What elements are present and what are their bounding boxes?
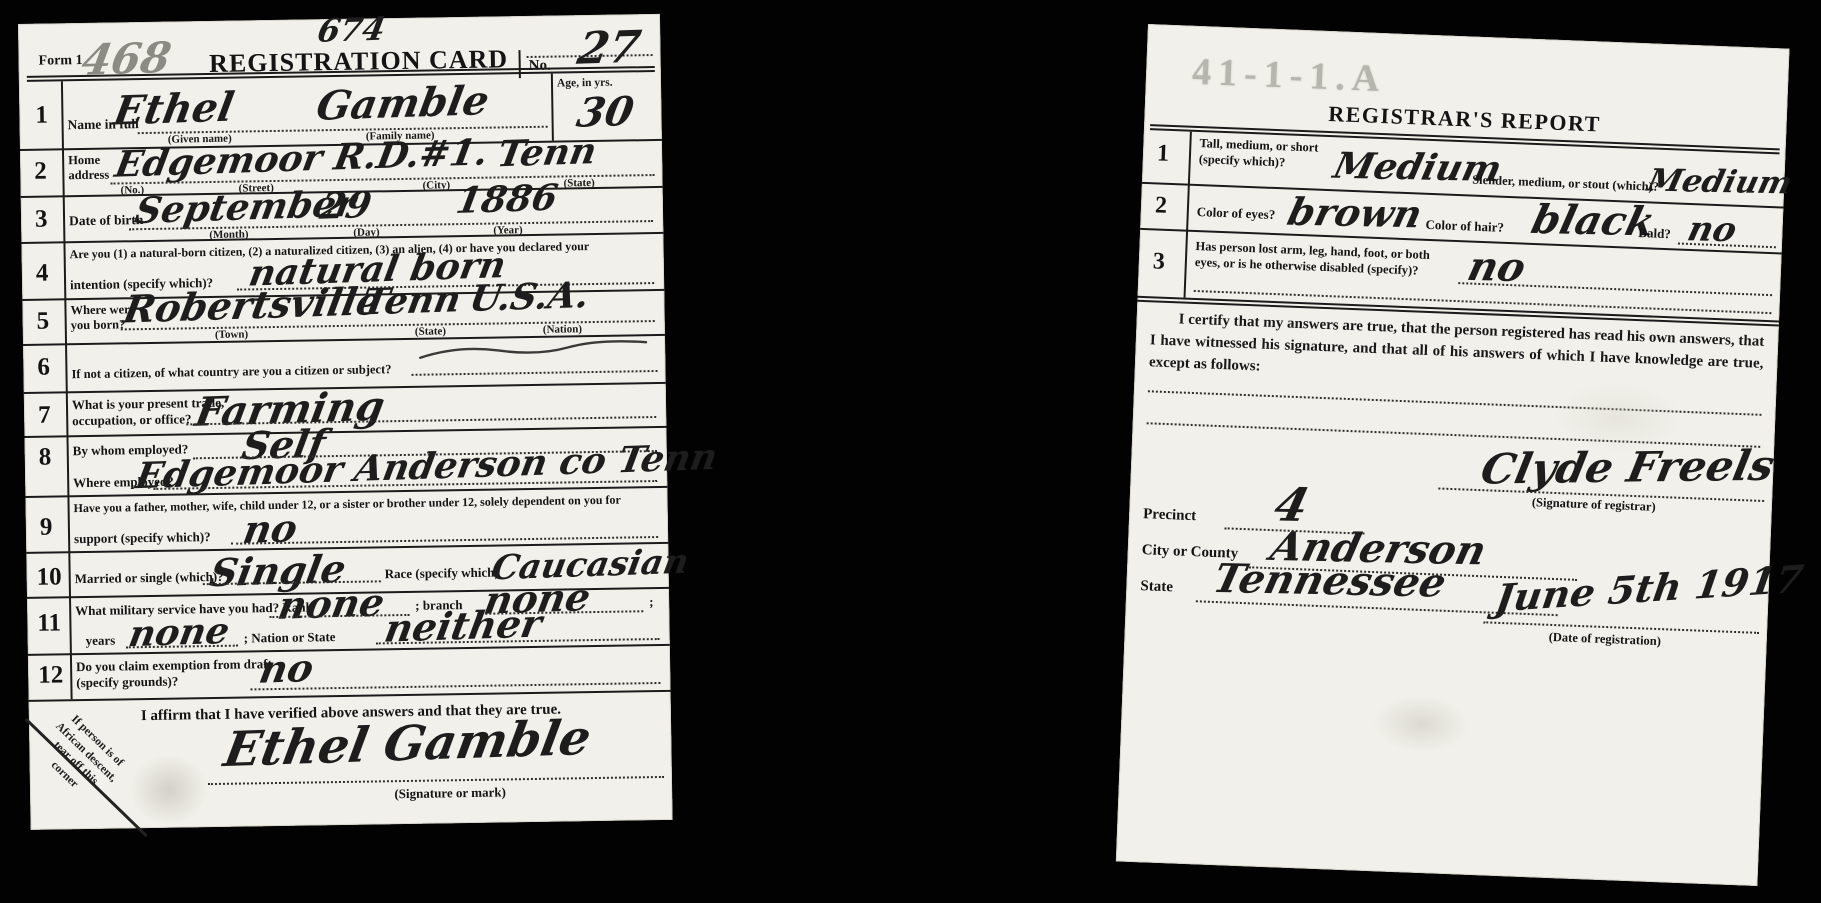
born-nation-value: U.S.A.: [466, 274, 592, 320]
report-row1-number: 1: [1157, 140, 1170, 167]
row5-number: 5: [36, 308, 49, 336]
born-state-sublabel: (State): [415, 325, 446, 337]
birth-day-value: 29: [317, 184, 375, 228]
report-number-column-divider: [1184, 132, 1192, 298]
eyes-label: Color of eyes?: [1197, 204, 1276, 223]
state-value: Tennessee: [1209, 555, 1451, 606]
address-state-sublabel: (State): [563, 177, 594, 189]
height-label: Tall, medium, or short (specify which)?: [1199, 136, 1350, 173]
address-city-sublabel: (City): [422, 179, 450, 191]
military-nation-label: ; Nation or State: [244, 629, 336, 646]
born-state-value: Tenn: [358, 278, 464, 323]
row-divider: [28, 644, 670, 656]
report-row2-number: 2: [1155, 192, 1168, 219]
registrar-signature-sublabel: (Signature of registrar): [1532, 495, 1656, 515]
registration-date-value: June 5th 1917: [1492, 556, 1806, 620]
paper-smudge: [1372, 693, 1470, 755]
bald-label: Bald?: [1638, 225, 1671, 242]
row4-number: 4: [36, 260, 49, 288]
born-town-sublabel: (Town): [215, 328, 248, 341]
birth-day-sublabel: (Day): [353, 226, 379, 238]
born-town-value: Robertsville: [120, 278, 385, 332]
row8-number: 8: [39, 444, 52, 472]
row2-number: 2: [34, 158, 47, 186]
build-answer: Medium: [1644, 163, 1796, 202]
dependents-answer: no: [240, 505, 301, 552]
military-years-answer: none: [126, 610, 233, 655]
registrars-report-card: 41-1-1.A REGISTRAR'S REPORT 1 Tall, medi…: [1116, 24, 1790, 886]
birth-month-sublabel: (Month): [209, 228, 248, 241]
birth-year-value: 1886: [453, 177, 561, 222]
military-semicolon: ;: [649, 594, 654, 610]
row10-number: 10: [36, 563, 61, 591]
row7-number: 7: [38, 402, 51, 430]
race-label: Race (specify which): [385, 565, 499, 583]
registration-date-sublabel: (Date of registration): [1548, 630, 1661, 649]
registrar-signature: Clyde Freels: [1477, 441, 1779, 494]
signature-sublabel: (Signature or mark): [330, 783, 570, 803]
row1-number: 1: [35, 102, 48, 130]
blank-answer-flourish: [418, 338, 650, 364]
not-citizen-label: If not a citizen, of what country are yo…: [71, 362, 391, 382]
eyes-answer: brown: [1283, 189, 1426, 236]
not-citizen-dotted-line: [412, 370, 658, 376]
dependents-question-line2: support (specify which)?: [74, 529, 211, 547]
report-row3-number: 3: [1152, 248, 1165, 275]
disability-label: Has person lost arm, leg, hand, foot, or…: [1195, 238, 1458, 281]
age-label: Age, in yrs.: [557, 77, 613, 90]
paper-smudge: [129, 753, 208, 826]
exemption-answer: no: [256, 645, 317, 692]
serial-number-handwritten: 674: [315, 10, 389, 50]
exceptions-dotted-line-1: [1148, 390, 1762, 416]
form-label: Form 1: [38, 53, 82, 70]
born-nation-sublabel: (Nation): [543, 323, 582, 336]
age-value: 30: [573, 88, 637, 137]
state-label: State: [1140, 578, 1173, 596]
given-name-value: Ethel: [110, 84, 238, 135]
row6-number: 6: [37, 354, 50, 382]
registration-card: Form 1 468 674 REGISTRATION CARD No. 27 …: [18, 14, 673, 830]
registrant-signature: Ethel Gamble: [220, 710, 596, 778]
hair-label: Color of hair?: [1425, 217, 1504, 236]
precinct-label: Precinct: [1143, 506, 1197, 525]
birth-year-sublabel: (Year): [493, 224, 523, 236]
row3-number: 3: [35, 206, 48, 234]
row9-number: 9: [40, 514, 53, 542]
row-divider: [29, 690, 671, 702]
row11-number: 11: [37, 609, 61, 637]
signature-dotted-line: [208, 776, 664, 785]
tear-corner-note: If person is of African descent, tear of…: [17, 695, 145, 822]
row12-number: 12: [38, 661, 63, 689]
military-rank-answer: none: [275, 579, 388, 628]
military-years-label: years: [86, 633, 116, 649]
build-label: Slender, medium, or stout (which)?: [1472, 173, 1659, 195]
home-address-state-value: Tenn: [494, 130, 600, 175]
married-label: Married or single (which)?: [75, 569, 224, 587]
stamp-number: 41-1-1.A: [1191, 50, 1387, 101]
exemption-dotted-line: [250, 682, 660, 690]
scan-background: Form 1 468 674 REGISTRATION CARD No. 27 …: [0, 0, 1821, 903]
family-name-value: Gamble: [313, 77, 493, 130]
